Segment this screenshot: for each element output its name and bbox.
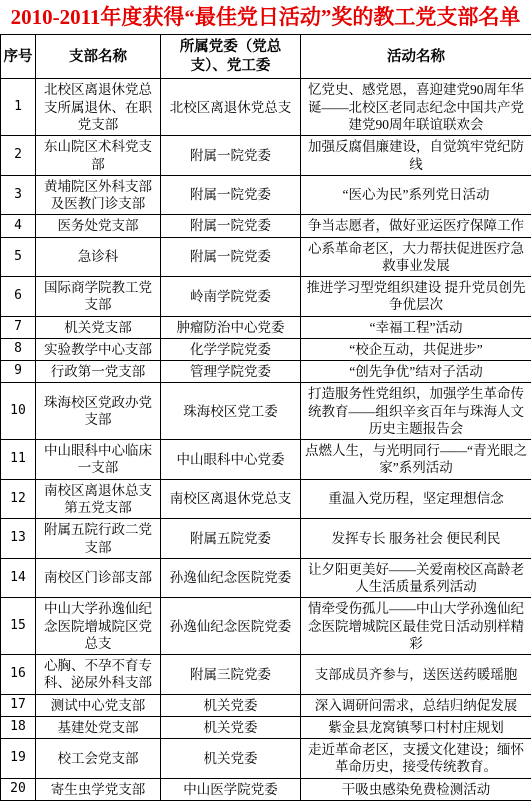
cell-no: 12 — [1, 479, 36, 519]
cell-activity: 打造服务性党组织，加强学生革命传统教育——组织辛亥百年与珠海人文历史主题报告会 — [301, 383, 531, 440]
cell-branch: 测试中心党支部 — [36, 694, 161, 716]
cell-activity: 点燃人生，与光明同行——“青光眼之家”系列活动 — [301, 440, 531, 480]
cell-committee: 附属一院党委 — [161, 237, 301, 277]
cell-committee: 机关党委 — [161, 739, 301, 779]
cell-no: 9 — [1, 361, 36, 383]
award-table: 序号 支部名称 所属党委（党总支）、党工委 活动名称 1北校区离退休党总支所属退… — [0, 34, 531, 801]
cell-activity: 发挥专长 服务社会 便民利民 — [301, 519, 531, 559]
cell-committee: 中山医学院党委 — [161, 778, 301, 800]
cell-committee: 中山眼科中心党委 — [161, 440, 301, 480]
cell-activity: “幸福工程”活动 — [301, 316, 531, 338]
cell-no: 15 — [1, 598, 36, 655]
cell-committee: 北校区离退休党总支 — [161, 79, 301, 136]
table-row: 16心胸、不孕不育专科、泌尿外科支部附属三院党委支部成员齐参与，送医送药暖瑶胞 — [1, 655, 531, 695]
cell-activity: 重温入党历程，坚定理想信念 — [301, 479, 531, 519]
cell-branch: 南校区离退休总支第五党支部 — [36, 479, 161, 519]
cell-no: 17 — [1, 694, 36, 716]
cell-committee: 附属一院党委 — [161, 136, 301, 176]
cell-no: 3 — [1, 175, 36, 215]
table-row: 11中山眼科中心临床一支部中山眼科中心党委点燃人生，与光明同行——“青光眼之家”… — [1, 440, 531, 480]
cell-branch: 行政第一党支部 — [36, 361, 161, 383]
table-row: 15中山大学孙逸仙纪念医院增城院区党总支孙逸仙纪念医院党委情牵受伤孤儿——中山大… — [1, 598, 531, 655]
cell-branch: 附属五院行政二党支部 — [36, 519, 161, 559]
cell-branch: 校工会党支部 — [36, 739, 161, 779]
cell-no: 18 — [1, 716, 36, 738]
cell-branch: 珠海校区党政办党支部 — [36, 383, 161, 440]
award-list-page: 2010-2011年度获得“最佳党日活动”奖的教工党支部名单 序号 支部名称 所… — [0, 3, 531, 801]
cell-branch: 黄埔院区外科支部及医教门诊支部 — [36, 175, 161, 215]
column-header-activity: 活动名称 — [301, 35, 531, 79]
table-row: 12南校区离退休总支第五党支部南校区离退休党总支重温入党历程，坚定理想信念 — [1, 479, 531, 519]
cell-activity: 加强反腐倡廉建设，自觉筑牢党纪防线 — [301, 136, 531, 176]
cell-no: 16 — [1, 655, 36, 695]
table-row: 9行政第一党支部管理学院党委“创先争优”结对子活动 — [1, 361, 531, 383]
cell-activity: 走近革命老区，支援文化建设；缅怀革命历史，接受传统教育。 — [301, 739, 531, 779]
table-row: 1北校区离退休党总支所属退休、在职党支部北校区离退休党总支忆党史、感党恩，喜迎建… — [1, 79, 531, 136]
cell-no: 2 — [1, 136, 36, 176]
cell-committee: 机关党委 — [161, 694, 301, 716]
cell-committee: 珠海校区党工委 — [161, 383, 301, 440]
cell-branch: 医务处党支部 — [36, 215, 161, 237]
table-row: 4医务处党支部附属一院党委争当志愿者，做好亚运医疗保障工作 — [1, 215, 531, 237]
cell-committee: 孙逸仙纪念医院党委 — [161, 558, 301, 598]
cell-committee: 附属一院党委 — [161, 215, 301, 237]
table-row: 7机关党支部肿瘤防治中心党委“幸福工程”活动 — [1, 316, 531, 338]
table-row: 18基建处党支部机关党委紫金县龙窝镇琴口村村庄规划 — [1, 716, 531, 738]
cell-branch: 东山院区术科党支部 — [36, 136, 161, 176]
table-body: 1北校区离退休党总支所属退休、在职党支部北校区离退休党总支忆党史、感党恩，喜迎建… — [1, 79, 531, 801]
cell-activity: 让夕阳更美好——关爱南校区高龄老人生活质量系列活动 — [301, 558, 531, 598]
cell-branch: 北校区离退休党总支所属退休、在职党支部 — [36, 79, 161, 136]
cell-branch: 中山眼科中心临床一支部 — [36, 440, 161, 480]
cell-no: 14 — [1, 558, 36, 598]
header-row: 序号 支部名称 所属党委（党总支）、党工委 活动名称 — [1, 35, 531, 79]
cell-activity: 推进学习型党组织建设 提升党员创先争优层次 — [301, 277, 531, 317]
cell-no: 19 — [1, 739, 36, 779]
cell-committee: 管理学院党委 — [161, 361, 301, 383]
table-row: 10珠海校区党政办党支部珠海校区党工委打造服务性党组织，加强学生革命传统教育——… — [1, 383, 531, 440]
cell-branch: 中山大学孙逸仙纪念医院增城院区党总支 — [36, 598, 161, 655]
cell-activity: “医心为民”系列党日活动 — [301, 175, 531, 215]
cell-committee: 附属一院党委 — [161, 175, 301, 215]
cell-no: 4 — [1, 215, 36, 237]
cell-committee: 附属三院党委 — [161, 655, 301, 695]
cell-no: 8 — [1, 338, 36, 360]
cell-branch: 急诊科 — [36, 237, 161, 277]
cell-committee: 化学学院党委 — [161, 338, 301, 360]
cell-activity: “校企互动，共促进步” — [301, 338, 531, 360]
table-row: 3黄埔院区外科支部及医教门诊支部附属一院党委“医心为民”系列党日活动 — [1, 175, 531, 215]
table-row: 6国际商学院教工党支部岭南学院党委推进学习型党组织建设 提升党员创先争优层次 — [1, 277, 531, 317]
cell-no: 6 — [1, 277, 36, 317]
column-header-committee: 所属党委（党总支）、党工委 — [161, 35, 301, 79]
table-row: 19校工会党支部机关党委走近革命老区，支援文化建设；缅怀革命历史，接受传统教育。 — [1, 739, 531, 779]
table-row: 2东山院区术科党支部附属一院党委加强反腐倡廉建设，自觉筑牢党纪防线 — [1, 136, 531, 176]
cell-committee: 附属五院党委 — [161, 519, 301, 559]
cell-activity: 心系革命老区，大力帮扶促进医疗急救事业发展 — [301, 237, 531, 277]
cell-activity: 争当志愿者，做好亚运医疗保障工作 — [301, 215, 531, 237]
cell-no: 5 — [1, 237, 36, 277]
table-row: 20寄生虫学党支部中山医学院党委干吸虫感染免费检测活动 — [1, 778, 531, 800]
cell-activity: 支部成员齐参与，送医送药暖瑶胞 — [301, 655, 531, 695]
cell-committee: 岭南学院党委 — [161, 277, 301, 317]
cell-branch: 南校区门诊部支部 — [36, 558, 161, 598]
page-title: 2010-2011年度获得“最佳党日活动”奖的教工党支部名单 — [0, 3, 531, 31]
cell-committee: 机关党委 — [161, 716, 301, 738]
cell-branch: 机关党支部 — [36, 316, 161, 338]
cell-committee: 南校区离退休党总支 — [161, 479, 301, 519]
cell-no: 1 — [1, 79, 36, 136]
cell-activity: 忆党史、感党恩，喜迎建党90周年华诞——北校区老同志纪念中国共产党建党90周年联… — [301, 79, 531, 136]
table-row: 5急诊科附属一院党委心系革命老区，大力帮扶促进医疗急救事业发展 — [1, 237, 531, 277]
cell-no: 13 — [1, 519, 36, 559]
cell-no: 11 — [1, 440, 36, 480]
cell-no: 7 — [1, 316, 36, 338]
cell-activity: 紫金县龙窝镇琴口村村庄规划 — [301, 716, 531, 738]
cell-branch: 心胸、不孕不育专科、泌尿外科支部 — [36, 655, 161, 695]
cell-activity: 情牵受伤孤儿——中山大学孙逸仙纪念医院增城院区最佳党日活动别样精彩 — [301, 598, 531, 655]
column-header-branch: 支部名称 — [36, 35, 161, 79]
table-row: 17测试中心党支部机关党委深入调研问需求，总结归纳促发展 — [1, 694, 531, 716]
cell-committee: 肿瘤防治中心党委 — [161, 316, 301, 338]
cell-activity: “创先争优”结对子活动 — [301, 361, 531, 383]
table-row: 13附属五院行政二党支部附属五院党委发挥专长 服务社会 便民利民 — [1, 519, 531, 559]
cell-activity: 深入调研问需求，总结归纳促发展 — [301, 694, 531, 716]
cell-no: 10 — [1, 383, 36, 440]
cell-branch: 寄生虫学党支部 — [36, 778, 161, 800]
table-row: 8实验教学中心支部化学学院党委“校企互动，共促进步” — [1, 338, 531, 360]
cell-activity: 干吸虫感染免费检测活动 — [301, 778, 531, 800]
cell-committee: 孙逸仙纪念医院党委 — [161, 598, 301, 655]
cell-no: 20 — [1, 778, 36, 800]
cell-branch: 国际商学院教工党支部 — [36, 277, 161, 317]
cell-branch: 基建处党支部 — [36, 716, 161, 738]
cell-branch: 实验教学中心支部 — [36, 338, 161, 360]
column-header-index: 序号 — [1, 35, 36, 79]
table-row: 14南校区门诊部支部孙逸仙纪念医院党委让夕阳更美好——关爱南校区高龄老人生活质量… — [1, 558, 531, 598]
